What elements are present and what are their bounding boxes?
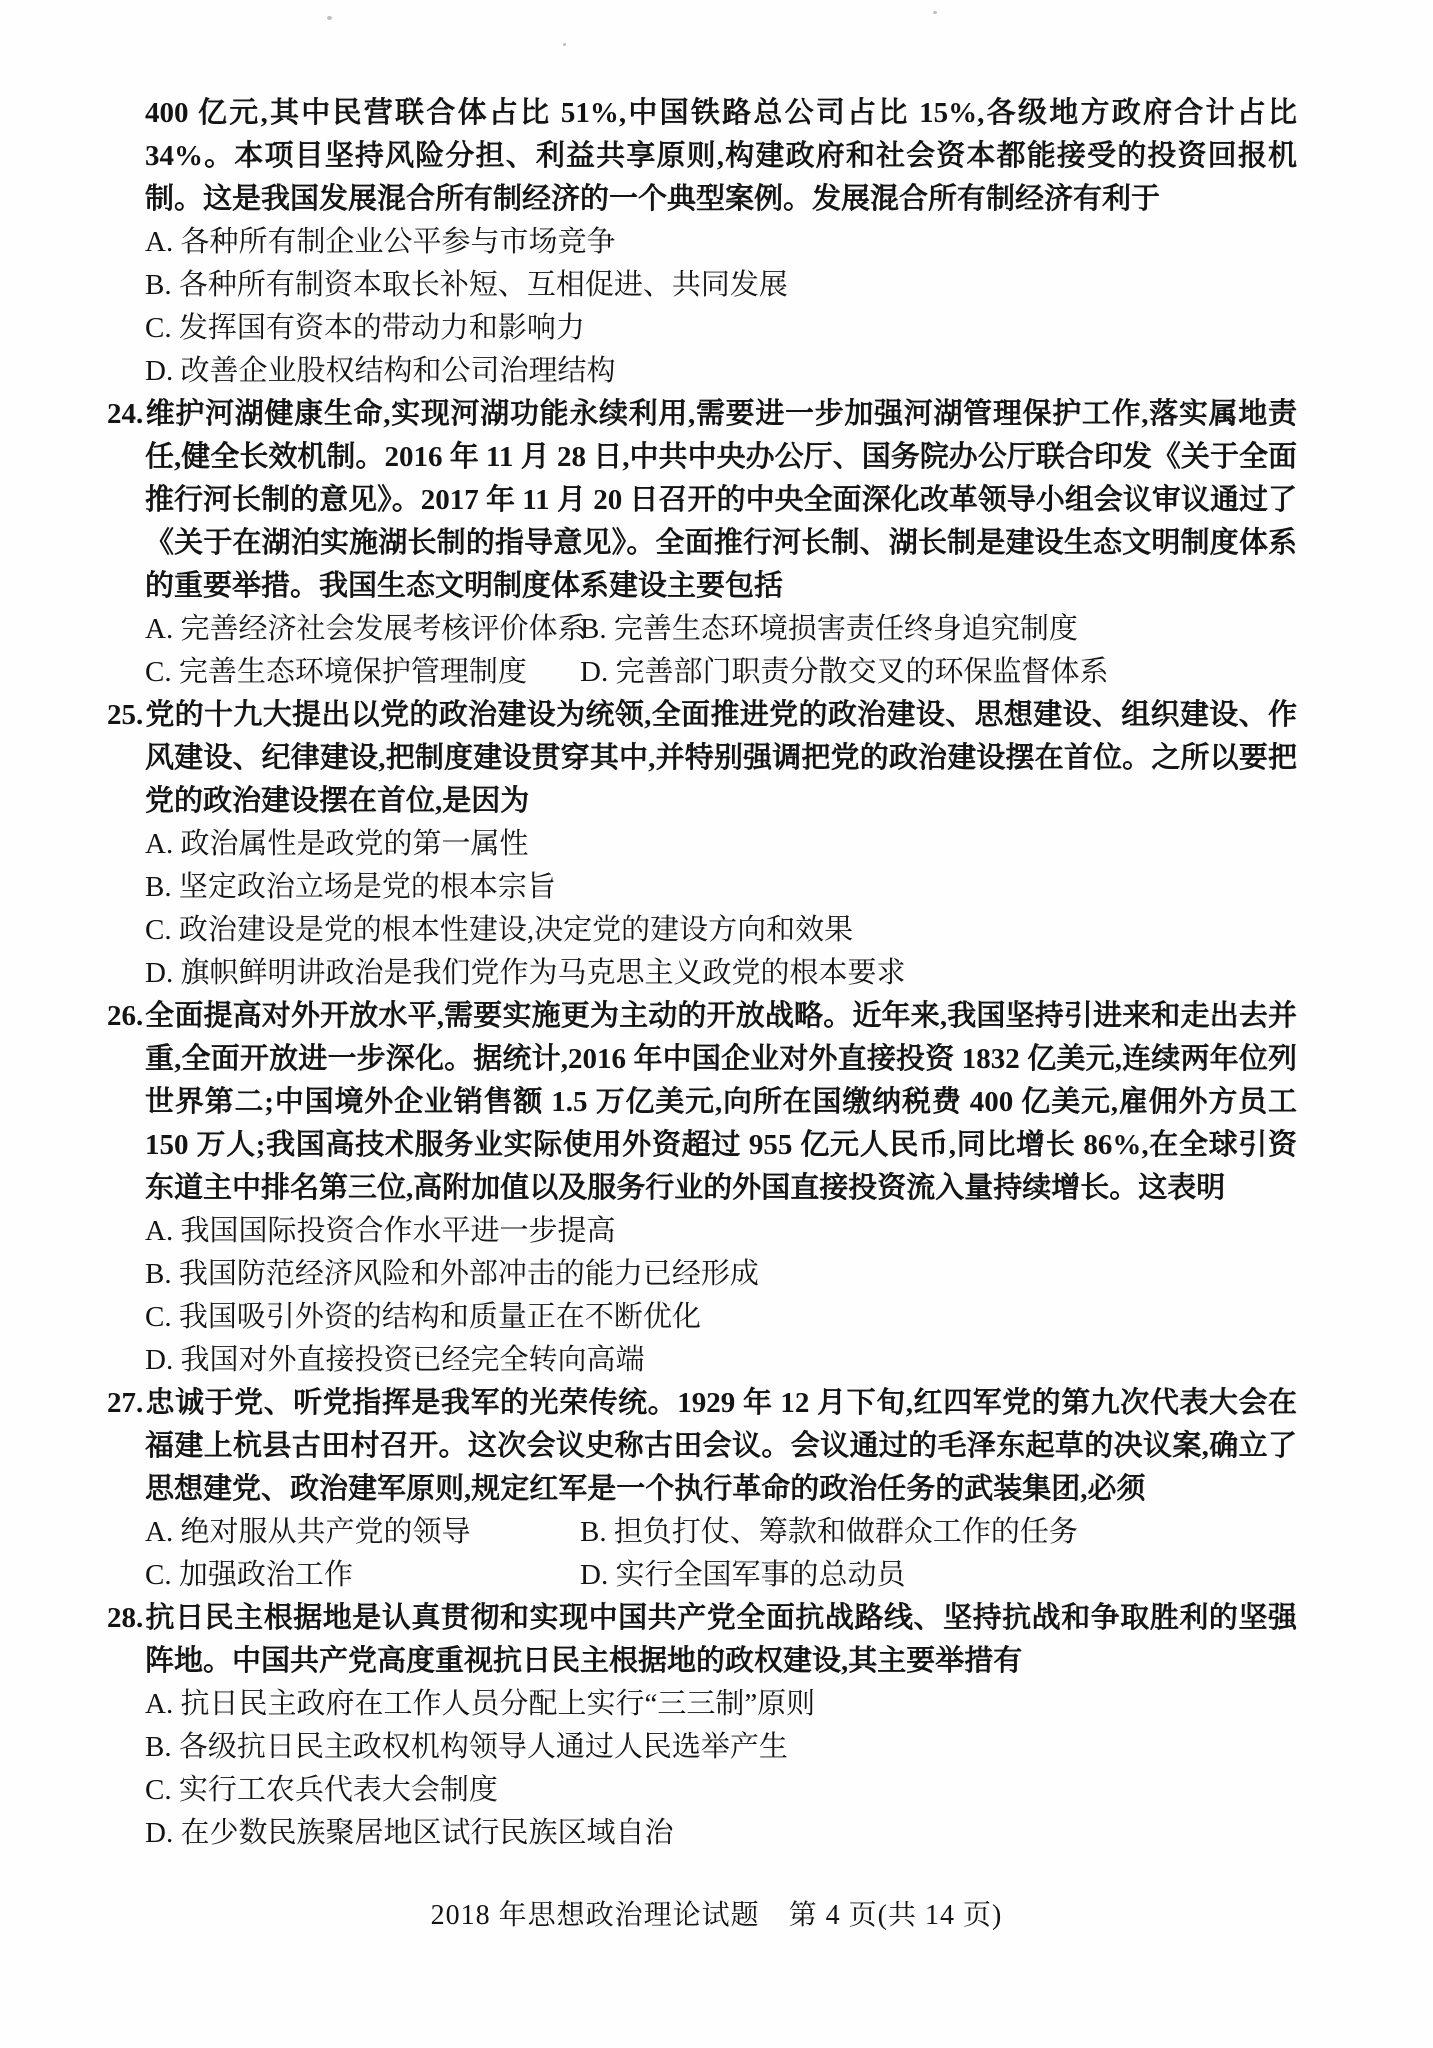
option-c: C. 完善生态环境保护管理制度 <box>145 651 580 694</box>
scan-speck <box>327 16 332 20</box>
option-a: A. 我国国际投资合作水平进一步提高 <box>145 1210 1297 1253</box>
question-stem-text: 维护河湖健康生命,实现河湖功能永续利用,需要进一步加强河湖管理保护工作,落实属地… <box>145 398 1297 602</box>
question-stem-text: 抗日民主根据地是认真贯彻和实现中国共产党全面抗战路线、坚持抗战和争取胜利的坚强阵… <box>145 1602 1297 1677</box>
exam-page: 400 亿元,其中民营联合体占比 51%,中国铁路总公司占比 15%,各级地方政… <box>0 0 1433 2048</box>
scan-speck <box>563 43 566 46</box>
option-b: B. 担负打仗、筹款和做群众工作的任务 <box>580 1511 1297 1554</box>
option-d: D. 我国对外直接投资已经完全转向高端 <box>145 1339 1297 1382</box>
question-stem: 24.维护河湖健康生命,实现河湖功能永续利用,需要进一步加强河湖管理保护工作,落… <box>145 393 1297 608</box>
question-options: A. 抗日民主政府在工作人员分配上实行“三三制”原则 B. 各级抗日民主政权机构… <box>145 1683 1297 1855</box>
option-a: A. 政治属性是政党的第一属性 <box>145 823 1297 866</box>
option-c: C. 政治建设是党的根本性建设,决定党的建设方向和效果 <box>145 909 1297 952</box>
question-25: 25.党的十九大提出以党的政治建设为统领,全面推进党的政治建设、思想建设、组织建… <box>145 694 1297 995</box>
question-stem: 28.抗日民主根据地是认真贯彻和实现中国共产党全面抗战路线、坚持抗战和争取胜利的… <box>145 1597 1297 1683</box>
question-stem: 25.党的十九大提出以党的政治建设为统领,全面推进党的政治建设、思想建设、组织建… <box>145 694 1297 823</box>
option-a: A. 抗日民主政府在工作人员分配上实行“三三制”原则 <box>145 1683 1297 1726</box>
option-a: A. 完善经济社会发展考核评价体系 <box>145 608 580 651</box>
option-c: C. 我国吸引外资的结构和质量正在不断优化 <box>145 1296 1297 1339</box>
option-d: D. 旗帜鲜明讲政治是我们党作为马克思主义政党的根本要求 <box>145 952 1297 995</box>
option-d: D. 完善部门职责分散交叉的环保监督体系 <box>580 651 1297 694</box>
question-stem: 26.全面提高对外开放水平,需要实施更为主动的开放战略。近年来,我国坚持引进来和… <box>145 995 1297 1210</box>
question-stem-text: 全面提高对外开放水平,需要实施更为主动的开放战略。近年来,我国坚持引进来和走出去… <box>145 1000 1297 1204</box>
question-number: 25. <box>107 694 145 737</box>
option-c: C. 加强政治工作 <box>145 1554 580 1597</box>
option-a: A. 各种所有制企业公平参与市场竞争 <box>145 221 1297 264</box>
question-stem-text: 党的十九大提出以党的政治建设为统领,全面推进党的政治建设、思想建设、组织建设、作… <box>145 699 1297 817</box>
option-b: B. 坚定政治立场是党的根本宗旨 <box>145 866 1297 909</box>
question-27: 27.忠诚于党、听党指挥是我军的光荣传统。1929 年 12 月下旬,红四军党的… <box>145 1382 1297 1597</box>
question-options: A. 各种所有制企业公平参与市场竞争 B. 各种所有制资本取长补短、互相促进、共… <box>145 221 1297 393</box>
question-24: 24.维护河湖健康生命,实现河湖功能永续利用,需要进一步加强河湖管理保护工作,落… <box>145 393 1297 694</box>
question-stem-text: 400 亿元,其中民营联合体占比 51%,中国铁路总公司占比 15%,各级地方政… <box>145 92 1297 221</box>
option-c: C. 发挥国有资本的带动力和影响力 <box>145 307 1297 350</box>
option-b: B. 我国防范经济风险和外部冲击的能力已经形成 <box>145 1253 1297 1296</box>
question-stem-text: 忠诚于党、听党指挥是我军的光荣传统。1929 年 12 月下旬,红四军党的第九次… <box>145 1387 1297 1505</box>
question-number: 28. <box>107 1597 145 1640</box>
question-options: A. 完善经济社会发展考核评价体系 B. 完善生态环境损害责任终身追究制度 C.… <box>145 608 1297 694</box>
option-b: B. 各级抗日民主政权机构领导人通过人民选举产生 <box>145 1726 1297 1769</box>
option-b: B. 完善生态环境损害责任终身追究制度 <box>580 608 1297 651</box>
question-options: A. 绝对服从共产党的领导 B. 担负打仗、筹款和做群众工作的任务 C. 加强政… <box>145 1511 1297 1597</box>
option-d: D. 在少数民族聚居地区试行民族区域自治 <box>145 1812 1297 1855</box>
option-d: D. 实行全国军事的总动员 <box>580 1554 1297 1597</box>
exam-content: 400 亿元,其中民营联合体占比 51%,中国铁路总公司占比 15%,各级地方政… <box>145 92 1297 1855</box>
question-options: A. 政治属性是政党的第一属性 B. 坚定政治立场是党的根本宗旨 C. 政治建设… <box>145 823 1297 995</box>
option-c: C. 实行工农兵代表大会制度 <box>145 1769 1297 1812</box>
question-23-continuation: 400 亿元,其中民营联合体占比 51%,中国铁路总公司占比 15%,各级地方政… <box>145 92 1297 393</box>
question-number: 24. <box>107 393 145 436</box>
question-number: 27. <box>107 1382 145 1425</box>
question-number: 26. <box>107 995 145 1038</box>
option-b: B. 各种所有制资本取长补短、互相促进、共同发展 <box>145 264 1297 307</box>
question-26: 26.全面提高对外开放水平,需要实施更为主动的开放战略。近年来,我国坚持引进来和… <box>145 995 1297 1382</box>
scan-speck <box>933 11 937 14</box>
option-d: D. 改善企业股权结构和公司治理结构 <box>145 350 1297 393</box>
question-options: A. 我国国际投资合作水平进一步提高 B. 我国防范经济风险和外部冲击的能力已经… <box>145 1210 1297 1382</box>
question-stem: 27.忠诚于党、听党指挥是我军的光荣传统。1929 年 12 月下旬,红四军党的… <box>145 1382 1297 1511</box>
option-a: A. 绝对服从共产党的领导 <box>145 1511 580 1554</box>
question-28: 28.抗日民主根据地是认真贯彻和实现中国共产党全面抗战路线、坚持抗战和争取胜利的… <box>145 1597 1297 1855</box>
page-footer: 2018 年思想政治理论试题 第 4 页(共 14 页) <box>0 1893 1433 1933</box>
